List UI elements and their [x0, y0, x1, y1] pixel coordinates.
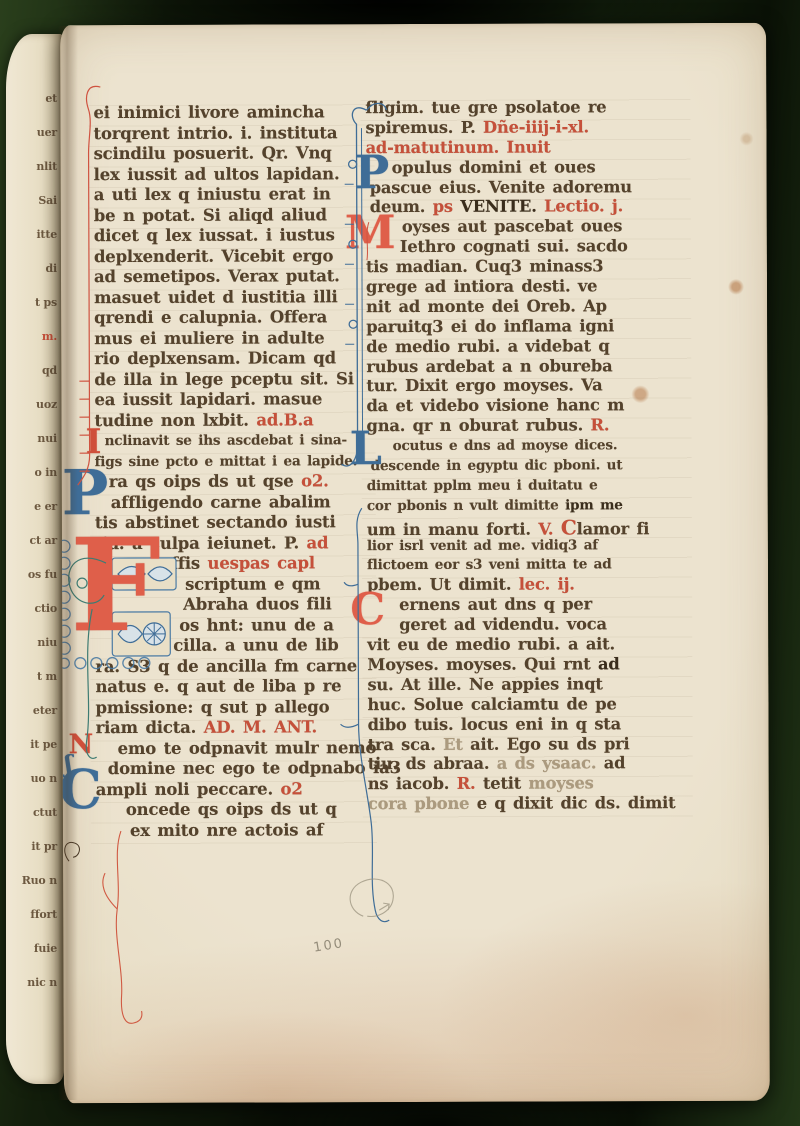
body-text: rio deplxensam. Dicam qd — [94, 348, 336, 368]
body-text: tur. Dixit ergo moyses. Va — [366, 376, 602, 396]
body-text: opulus domini et oues — [392, 157, 596, 177]
manuscript-text-line: a uti lex q iniustu erat in — [94, 184, 362, 205]
manuscript-text-line: dimittat pplm meu i duitatu e — [367, 475, 667, 496]
manuscript-text-line: tia. a culpa ieiunet. P. ad — [95, 533, 363, 554]
adjacent-page-text-fragment: qd — [6, 364, 64, 398]
adjacent-page-text-fragment: nic n — [6, 976, 64, 1010]
body-text: nclinavit se ihs ascdebat i sina- — [105, 432, 347, 449]
body-text: nit ad monte dei Oreb. Ap — [366, 296, 607, 316]
body-text: e q dixit dic ds. dimit — [477, 793, 676, 813]
manuscript-text-line: vit eu de medio rubi. a ait. — [367, 634, 667, 655]
body-text: a ds ysaac. — [497, 754, 597, 773]
manuscript-text-line: ffis uespas capl — [95, 553, 363, 574]
rubric-text: C — [561, 515, 577, 539]
adjacent-page-text-fragment: os fu — [6, 568, 64, 602]
manuscript-text-line: rio deplxensam. Dicam qd — [94, 348, 362, 369]
photograph-of-manuscript: etuernlitSaiittedit psm.qduoznuio ine er… — [0, 0, 800, 1126]
painted-initials-layer: IPNʃCPMLC — [60, 23, 766, 25]
manuscript-text-line: affligendo carne abalim — [95, 492, 363, 513]
body-text: moyses — [529, 774, 594, 793]
body-text: ait. Ego su ds pri — [463, 734, 630, 754]
manuscript-text-line: ex mito nre actois af — [96, 820, 364, 841]
body-text: flictoem eor s3 veni mitta te ad — [367, 557, 612, 574]
body-text: lior isrl venit ad me. vidiq3 af — [367, 537, 598, 554]
manuscript-text-line: um in manu forti. V. Clamor fi — [367, 515, 667, 536]
manuscript-text-line: figs sine pcto e mittat i ea lapide. — [95, 451, 363, 472]
manuscript-text-line: flictoem eor s3 veni mitta te ad — [367, 555, 667, 576]
body-text: ns iacob. — [368, 774, 457, 793]
body-text: torqrent intrio. i. instituta — [93, 123, 337, 143]
manuscript-text-line: scriptum e qm — [95, 574, 363, 595]
body-text: grege ad intiora desti. ve — [366, 276, 597, 296]
manuscript-text-line: ra. S3 q de ancilla fm carne — [95, 656, 363, 677]
body-text: Moyses. moyses. Qui rnt — [367, 654, 598, 674]
manuscript-text-line: torqrent intrio. i. instituta — [93, 123, 361, 144]
manuscript-text-line: de illa in lege pceptu sit. Si — [94, 369, 362, 390]
rubric-text: o2 — [281, 779, 303, 798]
body-text: fligim. tue gre psolatoe re — [365, 97, 606, 117]
body-text: qrendi e calupnia. Offera — [94, 307, 327, 327]
adjacent-page-text-fragment: ct ar — [6, 534, 64, 568]
body-text: Et — [443, 734, 463, 753]
manuscript-text-line: deum. ps VENITE. Lectio. j. — [366, 197, 666, 218]
manuscript-text-line: grege ad intiora desti. ve — [366, 276, 666, 297]
body-text: cora pbone — [368, 794, 477, 813]
body-text: ffis — [171, 554, 208, 573]
manuscript-text-line: dicet q lex iussat. i iustus — [94, 225, 362, 246]
body-text: affligendo carne abalim — [111, 492, 331, 512]
body-text: ex mito nre actois af — [130, 820, 323, 840]
adjacent-page-text-fragment: ctio — [6, 602, 64, 636]
body-text: ampli noli peccare. — [96, 779, 281, 799]
body-text: spiremus. P. — [365, 118, 483, 137]
body-text: dicet q lex iussat. i iustus — [94, 225, 335, 245]
body-text: pascue eius. Venite adoremu — [370, 177, 632, 197]
manuscript-text-line: huc. Solue calciamtu de pe — [367, 694, 667, 715]
rubric-text: R. — [457, 774, 476, 793]
manuscript-text-line: ra qs oips ds ut qse o2. — [95, 471, 363, 492]
body-text: cilla. a unu de lib — [173, 635, 338, 655]
manuscript-text-line: emo te odpnavit mulr nemo — [96, 738, 364, 759]
body-text: gna. qr n oburat rubus. — [366, 416, 590, 436]
manuscript-text-line: pascue eius. Venite adoremu — [366, 177, 666, 198]
manuscript-text-line: Moyses. moyses. Qui rnt ad — [367, 654, 667, 675]
body-text: Iethro cognati sui. sacdo — [400, 236, 628, 256]
manuscript-text-line: tis madian. Cuq3 minass3 — [366, 256, 666, 277]
body-text: domine nec ego te odpnabo ia3 — [108, 758, 401, 778]
manuscript-text-line: paruitq3 ei do inflama igni — [366, 316, 666, 337]
manuscript-text-line: be n potat. Si aliqd aliud — [94, 205, 362, 226]
adjacent-page-text-fragment: et — [6, 92, 64, 126]
manuscript-text-line: masuet uidet d iustitia illi — [94, 287, 362, 308]
body-text: scindilu posuerit. Qr. Vnq — [94, 143, 332, 163]
body-text: paruitq3 ei do inflama igni — [366, 316, 614, 336]
body-text: ad semetipos. Verax putat. — [94, 266, 340, 286]
body-text: um in manu forti. — [367, 519, 539, 539]
body-text: mus ei muliere in adulte — [94, 328, 324, 348]
folio-number-pencil: 100 — [312, 936, 345, 956]
body-text: Abraha duos fili — [183, 594, 332, 614]
manuscript-text-line: da et videbo visione hanc m — [366, 395, 666, 416]
rubric-text: ad — [306, 533, 328, 552]
manuscript-text-line: tur. Dixit ergo moyses. Va — [366, 376, 666, 397]
body-text: ocutus e dns ad moyse dices. — [393, 437, 618, 454]
adjacent-page-text-fragment: di — [6, 262, 64, 296]
manuscript-text-line: dibo tuis. locus eni in q sta — [368, 714, 668, 735]
manuscript-text-line: cilla. a unu de lib — [95, 635, 363, 656]
text-column-left: ei inimici livore aminchatorqrent intrio… — [93, 102, 364, 841]
body-text: scriptum e qm — [185, 574, 320, 593]
manuscript-text-line: ocutus e dns ad moyse dices. — [367, 435, 667, 456]
body-text: masuet uidet d iustitia illi — [94, 287, 338, 307]
manuscript-text-line: pmissione: q sut p allego — [95, 697, 363, 718]
manuscript-text-line: ernens aut dns q per — [367, 594, 667, 615]
paraph-domine: ʃ — [65, 753, 73, 775]
adjacent-page-text-fragment: fuie — [6, 942, 64, 976]
rubric-text: Dñe-iiij-i-xl. — [483, 117, 589, 136]
manuscript-text-line: domine nec ego te odpnabo ia3 — [96, 758, 364, 779]
body-text: figs sine pcto e mittat i ea lapide. — [95, 453, 358, 470]
body-text: rubus ardebat a n obureba — [366, 356, 612, 376]
adjacent-page-text-fragment: m. — [6, 330, 64, 364]
body-text: deplxenderit. Vicebit ergo — [94, 246, 333, 266]
manuscript-text-line: oyses aut pascebat oues — [366, 216, 666, 237]
adjacent-page-text-fragment: t m — [6, 670, 64, 704]
body-text: ad — [598, 654, 620, 673]
body-text: tetit — [475, 774, 528, 793]
manuscript-text-line: riam dicta. AD. M. ANT. — [96, 717, 364, 738]
manuscript-text-line: rubus ardebat a n obureba — [366, 356, 666, 377]
body-text: dibo tuis. locus eni in q sta — [368, 714, 621, 734]
manuscript-text-line: nit ad monte dei Oreb. Ap — [366, 296, 666, 317]
rubric-text: ad.B.a — [256, 410, 313, 429]
body-text: pmissione: q sut p allego — [95, 697, 329, 717]
manuscript-text-line: cor pbonis n vult dimitte ipm me — [367, 495, 667, 516]
body-text: VENITE. — [453, 197, 544, 216]
rubric-text: lec. ij. — [519, 575, 575, 594]
body-text: tis abstinet sectando iusti — [95, 512, 336, 532]
manuscript-text-line: oncede qs oips ds ut q — [96, 799, 364, 820]
manuscript-text-line: tis abstinet sectando iusti — [95, 512, 363, 533]
manuscript-text-line: spiremus. P. Dñe-iiij-i-xl. — [365, 117, 665, 138]
rubric-text: V. — [538, 519, 561, 538]
manuscript-text-line: os hnt: unu de a — [95, 615, 363, 636]
body-text: da et videbo visione hanc m — [366, 396, 624, 416]
body-text: ipm me — [565, 497, 623, 513]
adjacent-page-edge: etuernlitSaiittedit psm.qduoznuio ine er… — [6, 34, 64, 1084]
adjacent-page-text-fragment: nui — [6, 432, 64, 466]
rubric-text: R. — [590, 416, 609, 435]
body-text: pbem. Ut dimit. — [367, 575, 519, 595]
manuscript-text-line: lex iussit ad ultos lapidan. — [94, 164, 362, 185]
manuscript-text-line: natus e. q aut de liba p re — [95, 676, 363, 697]
body-text: tudine non lxbit. — [94, 410, 256, 430]
adjacent-page-text-fragment: Sai — [6, 194, 64, 228]
manuscript-text-line: scindilu posuerit. Qr. Vnq — [94, 143, 362, 164]
adjacent-page-text-fragment: it pe — [6, 738, 64, 772]
manuscript-text-line: geret ad videndu. voca — [367, 614, 667, 635]
manuscript-text-line: ampli noli peccare. o2 — [96, 779, 364, 800]
manuscript-text-line: Abraha duos fili — [95, 594, 363, 615]
body-text: vit eu de medio rubi. a ait. — [367, 634, 615, 654]
adjacent-page-text-fragment: itte — [6, 228, 64, 262]
adjacent-page-text-fragment: ctut — [6, 806, 64, 840]
body-text: tra sca. — [368, 734, 444, 753]
body-text: ea iussit lapidari. masue — [94, 389, 322, 409]
adjacent-page-text-fragment: uo n — [6, 772, 64, 806]
body-text: oyses aut pascebat oues — [402, 217, 622, 237]
rubric-text: AD. M. ANT. — [204, 717, 317, 736]
body-text: descende in egyptu dic pboni. ut — [371, 457, 623, 474]
manuscript-text-line: gna. qr n oburat rubus. R. — [366, 415, 666, 436]
body-text: ei inimici livore amincha — [93, 102, 324, 122]
manuscript-text-line: cora pbone e q dixit dic ds. dimit — [368, 793, 668, 814]
rubric-text: o2. — [301, 471, 329, 490]
rubric-text: uespas capl — [207, 553, 314, 572]
adjacent-page-text-fragment: t ps — [6, 296, 64, 330]
body-text: geret ad videndu. voca — [399, 614, 607, 634]
body-text: cor pbonis n vult dimitte — [367, 497, 565, 514]
manuscript-text-line: ei inimici livore amincha — [93, 102, 361, 123]
body-text: riam dicta. — [96, 718, 204, 737]
adjacent-page-text-fragment: uoz — [6, 398, 64, 432]
manuscript-text-line: qrendi e calupnia. Offera — [94, 307, 362, 328]
manuscript-text-line: pbem. Ut dimit. lec. ij. — [367, 574, 667, 595]
body-text: be n potat. Si aliqd aliud — [94, 205, 327, 225]
body-text: huc. Solue calciamtu de pe — [367, 694, 616, 714]
body-text: ad — [596, 754, 625, 773]
body-text: tiu. ds abraa. — [368, 754, 497, 773]
body-text: tis madian. Cuq3 minass3 — [366, 256, 604, 276]
manuscript-text-line: su. At ille. Ne appies inqt — [367, 674, 667, 695]
rubric-text: Lectio. j. — [544, 197, 623, 216]
adjacent-page-text-fragment: nlit — [6, 160, 64, 194]
body-text: ernens aut dns q per — [399, 595, 592, 615]
manuscript-text-line: tra sca. Et ait. Ego su ds pri — [368, 734, 668, 755]
manuscript-text-line: nclinavit se ihs ascdebat i sina- — [95, 430, 363, 451]
text-column-right: fligim. tue gre psolatoe respiremus. P. … — [365, 97, 667, 814]
body-text: oncede qs oips ds ut q — [126, 799, 337, 819]
body-text: tia. a culpa ieiunet. P. — [95, 533, 307, 553]
manuscript-text-line: ad semetipos. Verax putat. — [94, 266, 362, 287]
body-text: su. At ille. Ne appies inqt — [367, 674, 602, 694]
rubric-text: ad-matutinum. Inuit — [366, 137, 551, 157]
manuscript-text-line: Iethro cognati sui. sacdo — [366, 236, 666, 257]
body-text: os hnt: unu de a — [179, 615, 334, 635]
body-text: de medio rubi. a videbat q — [366, 336, 609, 356]
manuscript-text-line: de medio rubi. a videbat q — [366, 336, 666, 357]
body-text: emo te odpnavit mulr nemo — [118, 738, 377, 758]
body-text: ra qs oips ds ut qse — [109, 471, 301, 491]
body-text: ra. S3 q de ancilla fm carne — [95, 656, 357, 676]
rubric-text: ps — [433, 197, 453, 216]
body-text: lamor fi — [577, 519, 650, 538]
manuscript-text-line: descende in egyptu dic pboni. ut — [367, 455, 667, 476]
body-text: deum. — [370, 197, 433, 216]
manuscript-text-line: tiu. ds abraa. a ds ysaac. ad — [368, 754, 668, 775]
initial-N-nemo: N — [69, 733, 94, 757]
body-text: dimittat pplm meu i duitatu e — [367, 477, 598, 494]
body-text: natus e. q aut de liba p re — [95, 676, 341, 696]
body-text: de illa in lege pceptu sit. Si — [94, 369, 353, 389]
adjacent-page-text-fragment: niu — [6, 636, 64, 670]
manuscript-text-line: tudine non lxbit. ad.B.a — [94, 410, 362, 431]
manuscript-text-line: fligim. tue gre psolatoe re — [365, 97, 665, 118]
manuscript-page: ei inimici livore aminchatorqrent intrio… — [60, 23, 770, 1103]
adjacent-page-text-fragment: e er — [6, 500, 64, 534]
manuscript-text-line: opulus domini et oues — [366, 157, 666, 178]
adjacent-page-text-fragment: o in — [6, 466, 64, 500]
adjacent-page-text-fragment: Ruo n — [6, 874, 64, 908]
adjacent-page-text-fragment: ffort — [6, 908, 64, 942]
manuscript-text-line: ad-matutinum. Inuit — [366, 137, 666, 158]
manuscript-text-line: ns iacob. R. tetit moyses — [368, 773, 668, 794]
adjacent-page-text-fragment: it pr — [6, 840, 64, 874]
body-text: lex iussit ad ultos lapidan. — [94, 164, 340, 184]
manuscript-text-line: ea iussit lapidari. masue — [94, 389, 362, 410]
adjacent-page-text-fragment: uer — [6, 126, 64, 160]
manuscript-text-line: mus ei muliere in adulte — [94, 328, 362, 349]
manuscript-text-line: deplxenderit. Vicebit ergo — [94, 246, 362, 267]
body-text: a uti lex q iniustu erat in — [94, 184, 331, 204]
adjacent-page-text-fragment: eter — [6, 704, 64, 738]
